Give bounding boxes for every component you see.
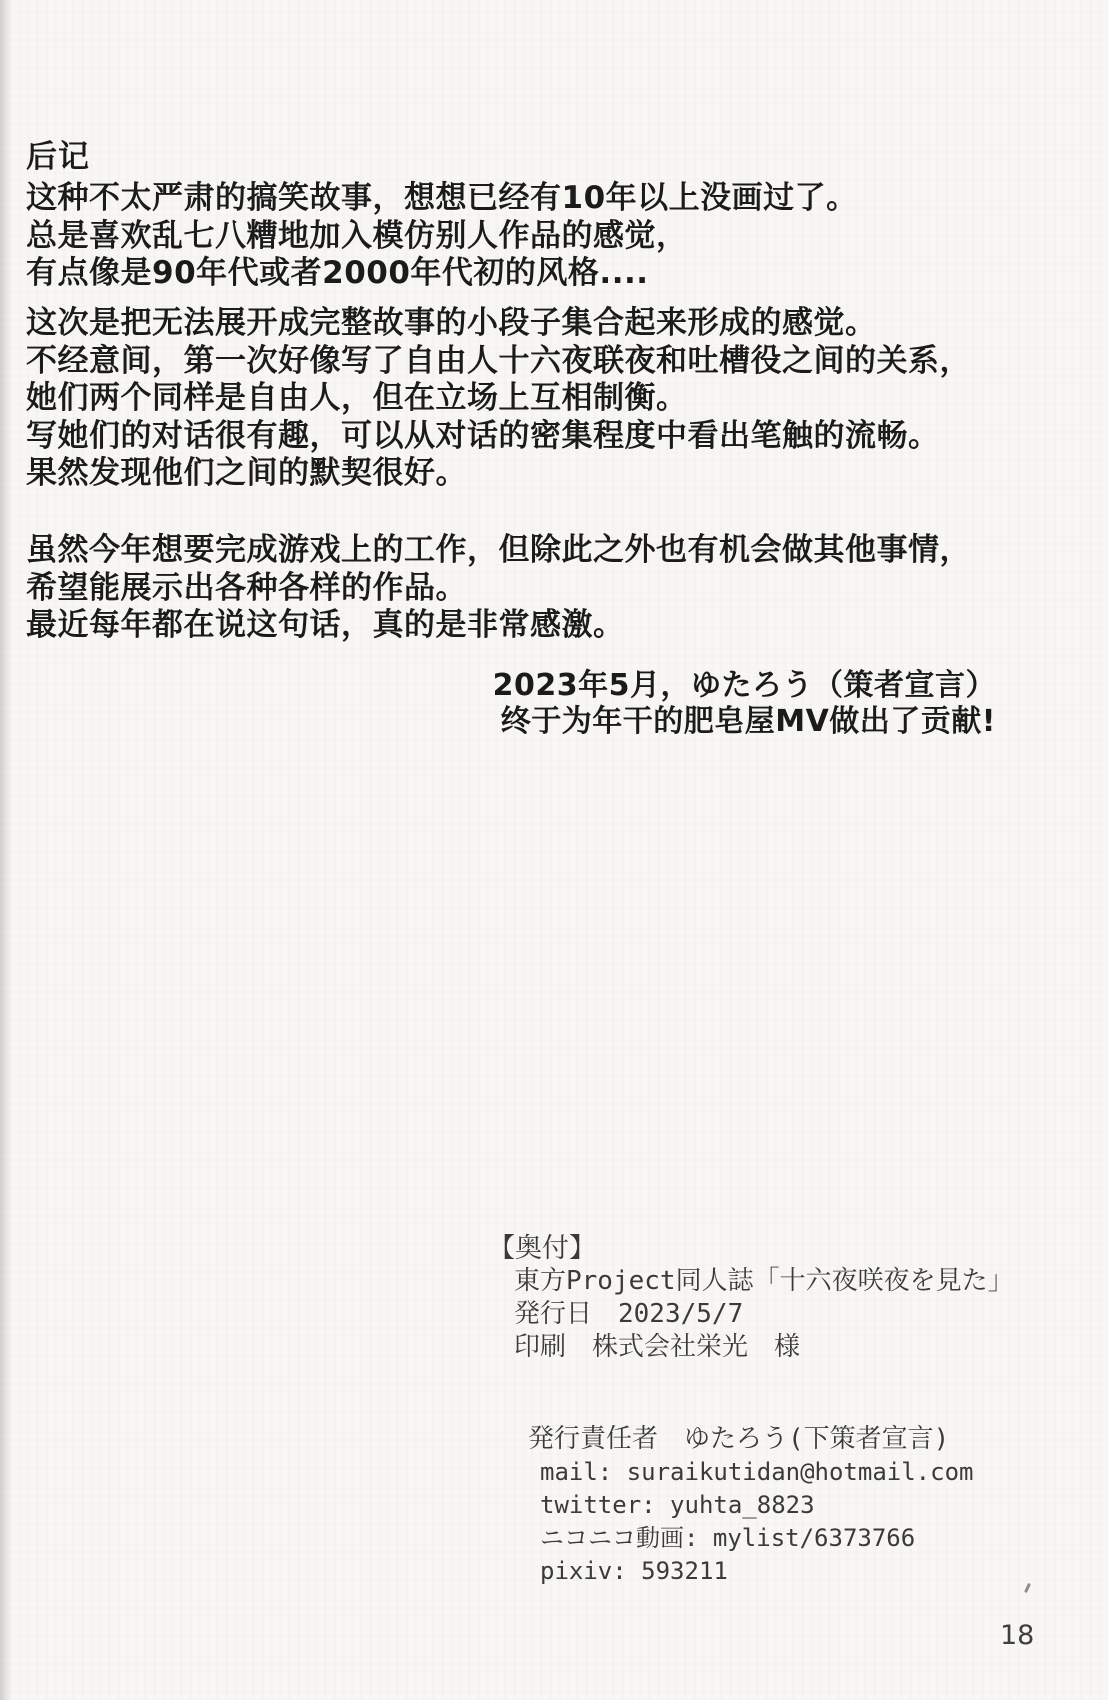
page-number: 18 (1000, 1620, 1034, 1651)
colophon-mail: mail: suraikutidan@hotmail.com (540, 1456, 1014, 1489)
colophon-pixiv: pixiv: 593211 (540, 1555, 1014, 1588)
afterword-paragraph-1: 这种不太严肃的搞笑故事，想想已经有10年以上没画过了。 总是喜欢乱七八糟地加入模… (26, 180, 858, 293)
colophon-niconico: ニコニコ動画: mylist/6373766 (540, 1522, 1014, 1555)
scan-edge-shadow (0, 0, 14, 1700)
page-title: 后记 (26, 131, 90, 176)
text-line: 这种不太严肃的搞笑故事，想想已经有10年以上没画过了。 (26, 180, 858, 218)
colophon-printer: 印刷 株式会社栄光 様 (514, 1331, 1014, 1364)
colophon-book-title: 東方Project同人誌「十六夜咲夜を見た」 (514, 1265, 1014, 1298)
text-line: 这次是把无法展开成完整故事的小段子集合起来形成的感觉。 (26, 305, 971, 343)
text-line: 最近每年都在说这句话，真的是非常感激。 (26, 607, 971, 645)
colophon-twitter: twitter: yuhta_8823 (540, 1489, 1014, 1522)
text-line: 有点像是90年代或者2000年代初的风格.... (26, 255, 858, 293)
colophon-publish-date: 発行日 2023/5/7 (514, 1298, 1014, 1331)
doujinshi-afterword-page: 后记 这种不太严肃的搞笑故事，想想已经有10年以上没画过了。 总是喜欢乱七八糟地… (0, 0, 1108, 1700)
signature-note: 终于为年干的肥皂屋MV做出了贡献! (493, 704, 996, 740)
text-line: 希望能展示出各种各样的作品。 (26, 570, 971, 608)
text-line: 写她们的对话很有趣，可以从对话的密集程度中看出笔触的流畅。 (26, 418, 971, 456)
text-line: 虽然今年想要完成游戏上的工作，但除此之外也有机会做其他事情， (26, 532, 971, 570)
colophon-header: 【奥付】 (488, 1232, 1014, 1265)
afterword-paragraph-2: 这次是把无法展开成完整故事的小段子集合起来形成的感觉。 不经意间，第一次好像写了… (26, 305, 971, 493)
colophon-publisher: 発行責任者 ゆたろう(下策者宣言) (528, 1423, 1014, 1456)
signature-block: 2023年5月，ゆたろう（策者宣言） 终于为年干的肥皂屋MV做出了贡献! (493, 668, 996, 740)
text-line: 总是喜欢乱七八糟地加入模仿别人作品的感觉， (26, 218, 858, 256)
afterword-paragraph-3: 虽然今年想要完成游戏上的工作，但除此之外也有机会做其他事情， 希望能展示出各种各… (26, 532, 971, 645)
colophon: 【奥付】 東方Project同人誌「十六夜咲夜を見た」 発行日 2023/5/7… (488, 1232, 1014, 1588)
text-line: 不经意间，第一次好像写了自由人十六夜联夜和吐槽役之间的关系， (26, 343, 971, 381)
text-line: 她们两个同样是自由人，但在立场上互相制衡。 (26, 380, 971, 418)
scan-speck (1024, 1583, 1031, 1593)
signature-date-author: 2023年5月，ゆたろう（策者宣言） (493, 668, 996, 704)
colophon-gap (488, 1364, 1014, 1423)
text-line: 果然发现他们之间的默契很好。 (26, 455, 971, 493)
